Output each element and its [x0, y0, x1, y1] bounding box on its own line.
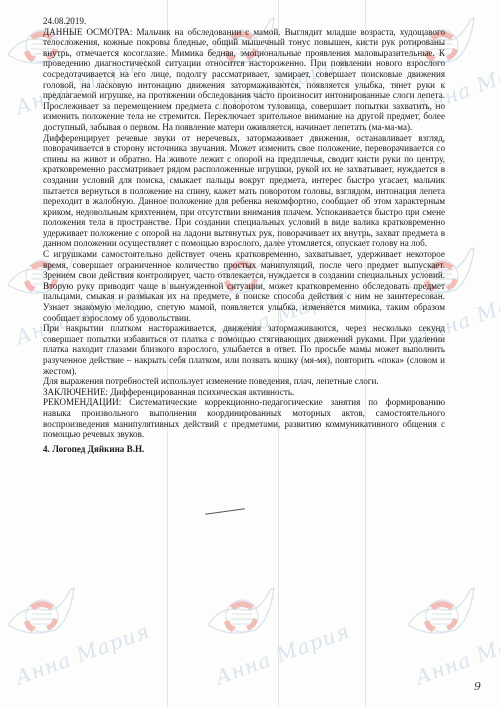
needs-expression-paragraph: Для выражения потребностей использует из… [43, 376, 445, 387]
specialist-signature: 4. Логопед Дяйкина В.Н. [43, 444, 445, 455]
scarf-test-paragraph: При накрытии платком настораживается, дв… [43, 323, 445, 376]
page-number: 9 [474, 680, 481, 693]
recommendations: РЕКОМЕНДАЦИИ: Систематические коррекцион… [43, 397, 445, 439]
watermark-logo-icon: Анна Мария [400, 580, 500, 690]
document-page: Анна МарияАнна МарияАнна МарияАнна Мария… [0, 0, 500, 707]
watermark-text: Анна Мария [212, 619, 353, 690]
watermark-text: Анна Мария [412, 619, 500, 690]
handwritten-mark [205, 508, 245, 515]
speech-motor-paragraph: Дифференцирует речевые звуки от неречевы… [43, 133, 445, 250]
conclusion: ЗАКЛЮЧЕНИЕ: Дифференцированная психическ… [43, 387, 445, 398]
watermark-logo-icon: Анна Мария [0, 580, 100, 690]
document-body: 24.08.2019. ДАННЫЕ ОСМОТРА: Мальчик на о… [43, 16, 445, 454]
conclusion-label: ЗАКЛЮЧЕНИЕ: [43, 387, 108, 397]
conclusion-text: Дифференцированная психическая активност… [110, 387, 294, 397]
recommendations-label: РЕКОМЕНДАЦИИ: [43, 397, 121, 407]
toy-manipulation-paragraph: С игрушками самостоятельно действует оче… [43, 249, 445, 323]
exam-date: 24.08.2019. [43, 16, 445, 27]
watermark-text: Анна Мария [12, 619, 153, 690]
exam-findings-paragraph: ДАННЫЕ ОСМОТРА: Мальчик на обследовании … [43, 27, 445, 133]
watermark-logo-icon: Анна Мария [200, 580, 300, 690]
